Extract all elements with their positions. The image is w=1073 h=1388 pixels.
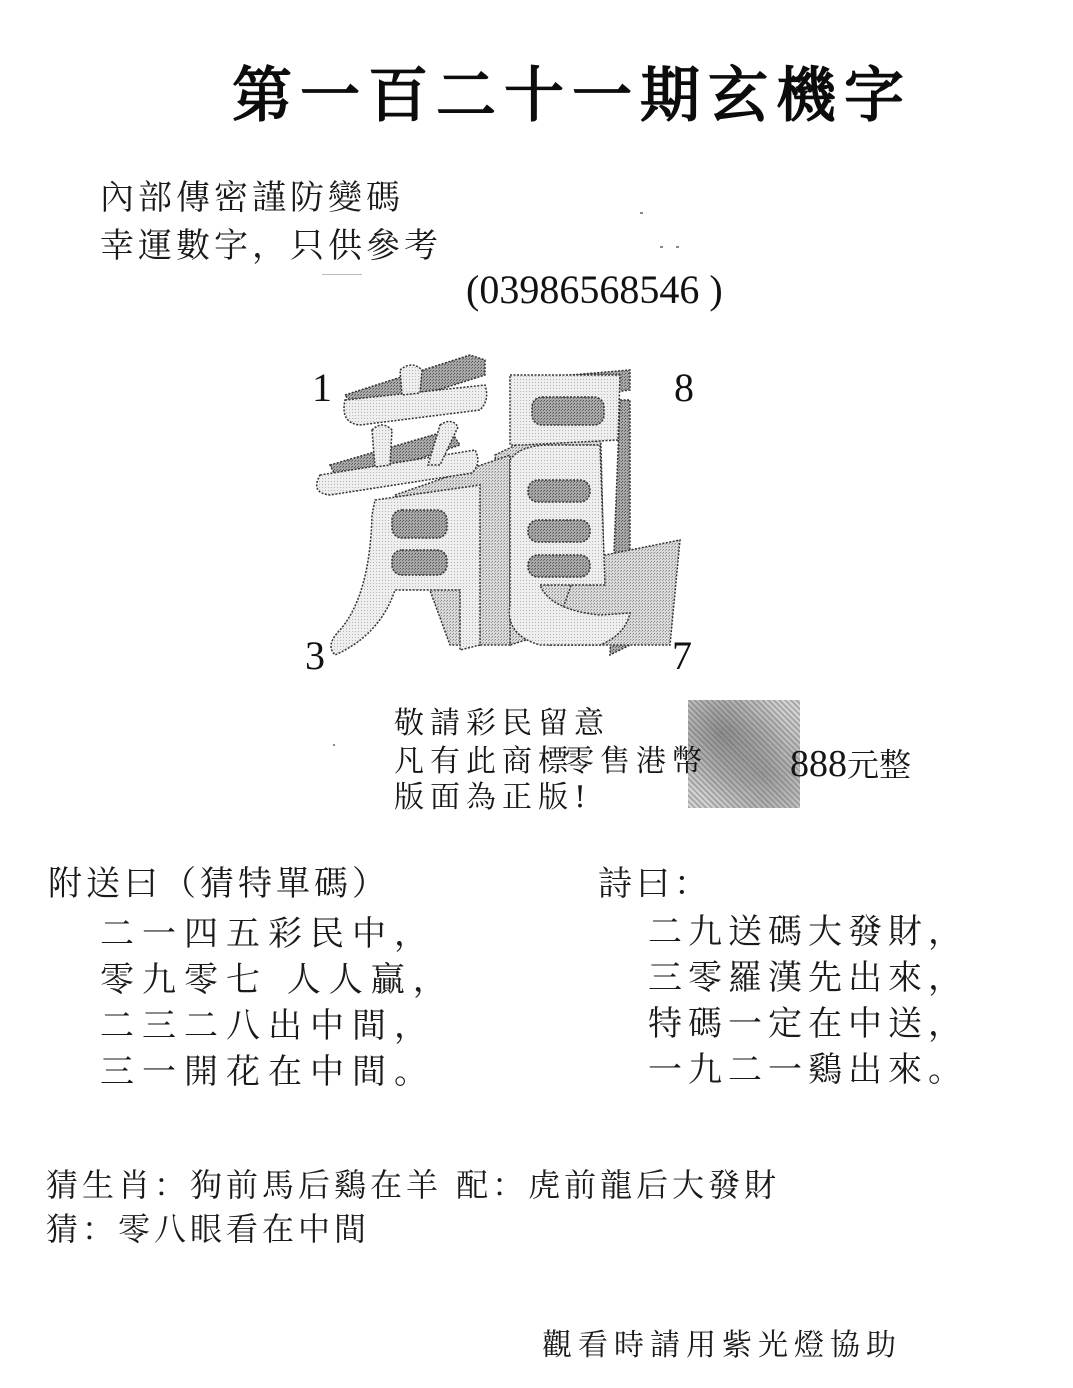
poem-right-heading: 詩曰：	[598, 856, 712, 905]
corner-number-top-right: 8	[674, 364, 694, 411]
page-title: 第一百二十一期玄機字	[232, 48, 912, 134]
scan-speck	[333, 744, 335, 746]
poem-right-line: 二九送碼大發財，	[648, 904, 968, 953]
poem-right-line: 特碼一定在中送，	[648, 996, 968, 1045]
poem-right-line: 三零羅漢先出來，	[648, 950, 968, 999]
footer-uv-light-note: 觀看時請用紫光燈協助	[542, 1320, 902, 1364]
dragon-character-3d-icon	[300, 345, 720, 675]
scan-speck	[676, 246, 679, 248]
poem-left-line: 二三二八出中間，	[100, 998, 436, 1047]
corner-number-bottom-right: 7	[672, 632, 692, 679]
poem-right-line: 一九二一鷄出來。	[648, 1042, 968, 1091]
notice-price: 888元整	[790, 740, 911, 786]
poem-left-line: 二一四五彩民中，	[100, 906, 436, 955]
zodiac-guess-line: 猜生肖：狗前馬后鷄在羊 配：虎前龍后大發財	[46, 1160, 780, 1206]
poem-left-heading: 附送曰（猜特單碼）	[48, 856, 390, 905]
scan-speck	[640, 212, 643, 214]
scan-speck	[322, 274, 362, 275]
intro-line-lucky-numbers: 幸運數字，只供參考	[100, 218, 442, 267]
corner-number-bottom-left: 3	[305, 632, 325, 679]
intro-line-secret: 內部傳密謹防變碼	[100, 170, 404, 219]
corner-number-top-left: 1	[312, 364, 332, 411]
scan-speck	[660, 246, 663, 248]
price-unit: 元整	[847, 746, 911, 784]
poem-left-line: 三一開花在中間。	[100, 1044, 436, 1093]
phone-number: (03986568546 )	[466, 266, 723, 313]
number-guess-line: 猜：零八眼看在中間	[46, 1204, 370, 1250]
poem-left-line: 零九零七 人人贏，	[100, 952, 455, 1001]
notice-line-genuine: 版面為正版!	[394, 772, 592, 816]
price-number: 888	[790, 743, 847, 785]
